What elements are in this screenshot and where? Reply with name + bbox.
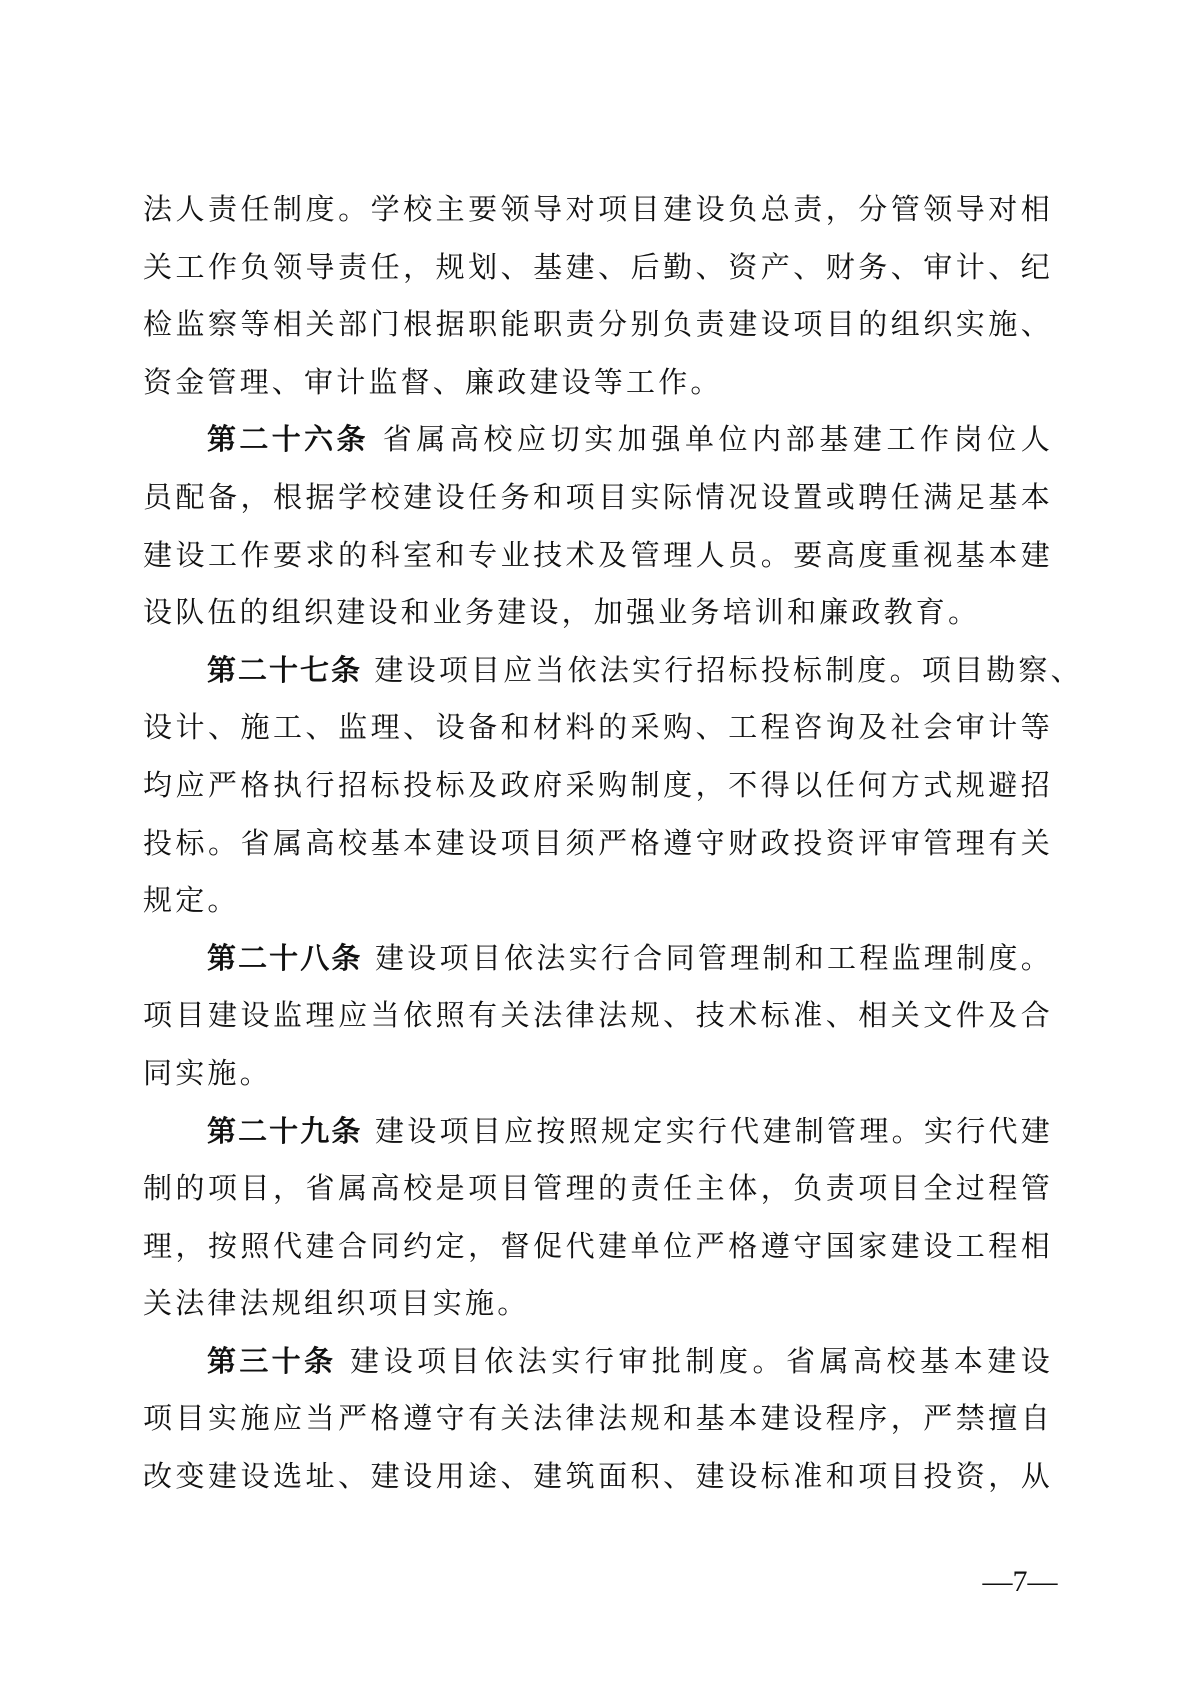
article-28-first-line: 第二十八条 建设项目依法实行合同管理制和工程监理制度。 [143,930,1053,988]
text-line: 设计、施工、监理、设备和材料的采购、工程咨询及社会审计等 [143,699,1053,757]
text-line: 规定。 [143,872,1053,930]
document-page: 法人责任制度。学校主要领导对项目建设负总责，分管领导对相 关工作负领导责任，规划… [0,0,1191,1684]
article-26-first-line: 第二十六条 省属高校应切实加强单位内部基建工作岗位人 [143,411,1053,469]
text-line: 理，按照代建合同约定，督促代建单位严格遵守国家建设工程相 [143,1218,1053,1276]
text-span: 建设项目依法实行审批制度。省属高校基本建设 [336,1344,1053,1378]
text-span: 建设项目依法实行合同管理制和工程监理制度。 [362,941,1053,975]
article-heading: 第三十条 [207,1344,336,1378]
text-line: 检监察等相关部门根据职能职责分别负责建设项目的组织实施、 [143,296,1053,354]
page-number: —7— [980,1565,1060,1599]
text-line: 同实施。 [143,1045,1053,1103]
article-heading: 第二十九条 [207,1114,362,1148]
text-line: 关法律法规组织项目实施。 [143,1275,1053,1333]
article-29-first-line: 第二十九条 建设项目应按照规定实行代建制管理。实行代建 [143,1103,1053,1161]
article-27-first-line: 第二十七条 建设项目应当依法实行招标投标制度。项目勘察、 [143,642,1053,700]
text-line: 关工作负领导责任，规划、基建、后勤、资产、财务、审计、纪 [143,239,1053,297]
text-line: 法人责任制度。学校主要领导对项目建设负总责，分管领导对相 [143,181,1053,239]
text-line: 建设工作要求的科室和专业技术及管理人员。要高度重视基本建 [143,527,1053,585]
text-line: 项目建设监理应当依照有关法律法规、技术标准、相关文件及合 [143,987,1053,1045]
article-30-first-line: 第三十条 建设项目依法实行审批制度。省属高校基本建设 [143,1333,1053,1391]
article-heading: 第二十六条 [207,422,369,456]
text-line: 投标。省属高校基本建设项目须严格遵守财政投资评审管理有关 [143,815,1053,873]
text-line: 项目实施应当严格遵守有关法律法规和基本建设程序，严禁擅自 [143,1390,1053,1448]
body-text: 法人责任制度。学校主要领导对项目建设负总责，分管领导对相 关工作负领导责任，规划… [143,181,1053,1506]
text-line: 资金管理、审计监督、廉政建设等工作。 [143,354,1053,412]
text-span: 建设项目应按照规定实行代建制管理。实行代建 [362,1114,1053,1148]
text-line: 均应严格执行招标投标及政府采购制度，不得以任何方式规避招 [143,757,1053,815]
text-span: 省属高校应切实加强单位内部基建工作岗位人 [369,422,1053,456]
text-line: 设队伍的组织建设和业务建设，加强业务培训和廉政教育。 [143,584,1053,642]
text-line: 制的项目，省属高校是项目管理的责任主体，负责项目全过程管 [143,1160,1053,1218]
article-heading: 第二十八条 [207,941,362,975]
article-heading: 第二十七条 [207,653,362,687]
text-span: 建设项目应当依法实行招标投标制度。项目勘察、 [362,653,1083,687]
text-line: 改变建设选址、建设用途、建筑面积、建设标准和项目投资，从 [143,1448,1053,1506]
text-line: 员配备，根据学校建设任务和项目实际情况设置或聘任满足基本 [143,469,1053,527]
